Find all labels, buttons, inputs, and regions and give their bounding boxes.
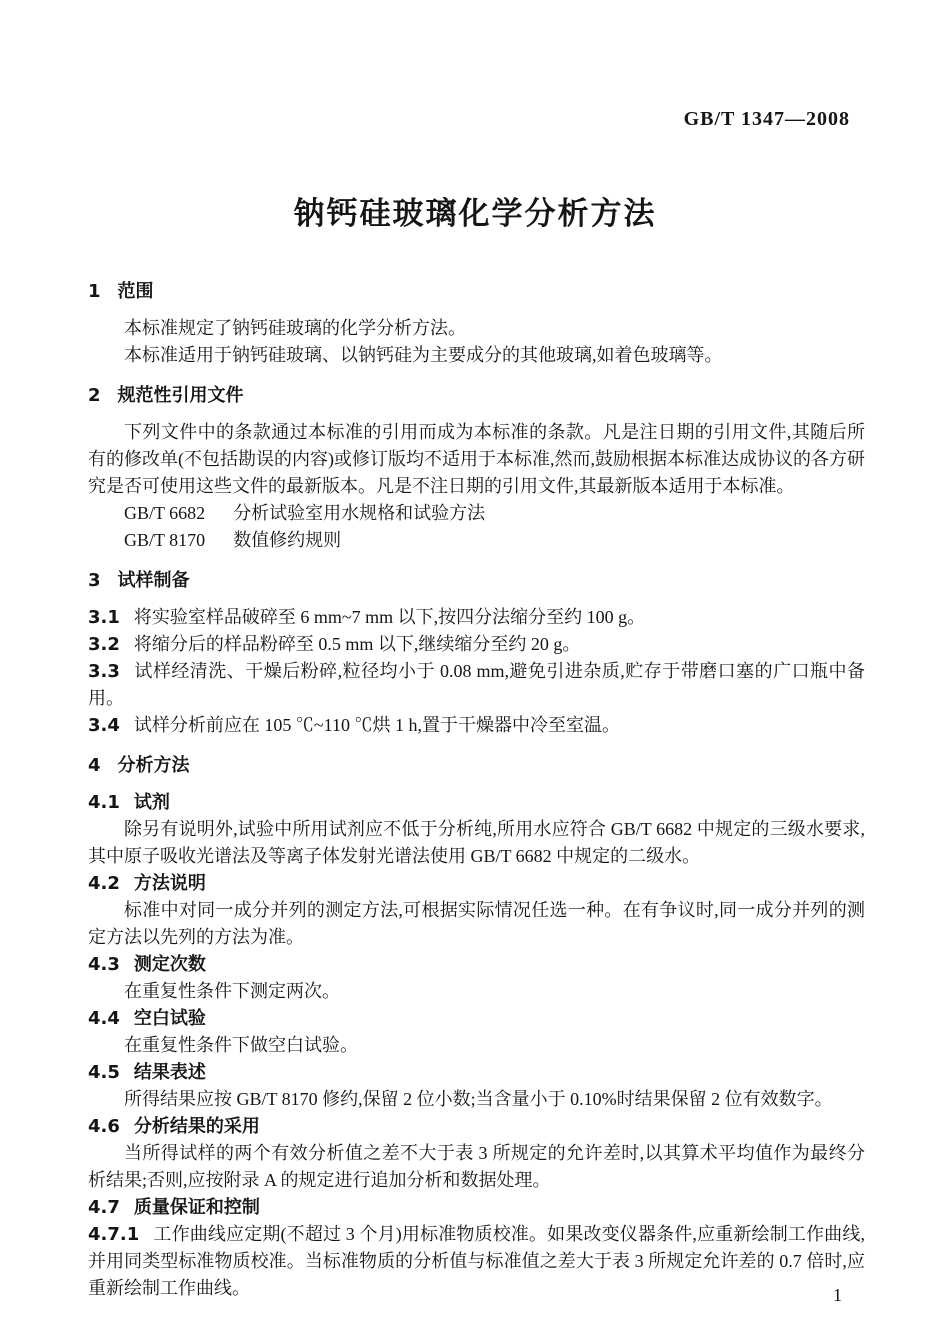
heading-number: 4.5 xyxy=(88,1062,120,1083)
subsection-heading: 4.2方法说明 xyxy=(88,870,865,897)
reference-item: GB/T 6682分析试验室用水规格和试验方法 xyxy=(88,500,865,527)
document-body: 1范围本标准规定了钠钙硅玻璃的化学分析方法。本标准适用于钠钙硅玻璃、以钠钙硅为主… xyxy=(88,265,865,1302)
reference-code: GB/T 6682 xyxy=(124,503,205,523)
clause-text: 试样经清洗、干燥后粉碎,粒径均小于 0.08 mm,避免引进杂质,贮存于带磨口塞… xyxy=(88,661,865,708)
paragraph: 在重复性条件下测定两次。 xyxy=(88,978,865,1005)
section-heading: 3试样制备 xyxy=(88,567,865,594)
heading-title: 结果表述 xyxy=(134,1062,206,1083)
page: GB/T 1347—2008 钠钙硅玻璃化学分析方法 1范围本标准规定了钠钙硅玻… xyxy=(0,0,950,1326)
paragraph: 在重复性条件下做空白试验。 xyxy=(88,1032,865,1059)
clause: 3.2将缩分后的样品粉碎至 0.5 mm 以下,继续缩分至约 20 g。 xyxy=(88,631,865,658)
heading-number: 4 xyxy=(88,755,101,776)
heading-title: 范围 xyxy=(118,281,154,302)
section-heading: 2规范性引用文件 xyxy=(88,382,865,409)
reference-item: GB/T 8170数值修约规则 xyxy=(88,527,865,554)
subsection-heading: 4.7质量保证和控制 xyxy=(88,1194,865,1221)
clause: 3.3试样经清洗、干燥后粉碎,粒径均小于 0.08 mm,避免引进杂质,贮存于带… xyxy=(88,658,865,712)
clause-number: 3.2 xyxy=(88,634,120,655)
paragraph: 标准中对同一成分并列的测定方法,可根据实际情况任选一种。在有争议时,同一成分并列… xyxy=(88,897,865,951)
doc-code: GB/T 1347—2008 xyxy=(684,108,850,131)
heading-number: 4.6 xyxy=(88,1116,120,1137)
heading-number: 4.2 xyxy=(88,873,120,894)
heading-number: 4.4 xyxy=(88,1008,120,1029)
subsection-heading: 4.5结果表述 xyxy=(88,1059,865,1086)
heading-title: 方法说明 xyxy=(134,873,206,894)
heading-title: 试样制备 xyxy=(118,570,190,591)
heading-number: 4.7 xyxy=(88,1197,120,1218)
clause-number: 4.7.1 xyxy=(88,1224,139,1245)
heading-number: 4.1 xyxy=(88,792,120,813)
subsection-heading: 4.6分析结果的采用 xyxy=(88,1113,865,1140)
clause: 3.1将实验室样品破碎至 6 mm~7 mm 以下,按四分法缩分至约 100 g… xyxy=(88,604,865,631)
reference-code: GB/T 8170 xyxy=(124,530,205,550)
heading-title: 试剂 xyxy=(134,792,170,813)
clause-number: 3.3 xyxy=(88,661,120,682)
heading-title: 质量保证和控制 xyxy=(134,1197,260,1218)
paragraph: 除另有说明外,试验中所用试剂应不低于分析纯,所用水应符合 GB/T 6682 中… xyxy=(88,816,865,870)
section-heading: 1范围 xyxy=(88,278,865,305)
clause: 3.4试样分析前应在 105 ℃~110 ℃烘 1 h,置于干燥器中冷至室温。 xyxy=(88,712,865,739)
heading-title: 测定次数 xyxy=(134,954,206,975)
clause-number: 3.4 xyxy=(88,715,120,736)
paragraph: 所得结果应按 GB/T 8170 修约,保留 2 位小数;当含量小于 0.10%… xyxy=(88,1086,865,1113)
paragraph: 当所得试样的两个有效分析值之差不大于表 3 所规定的允许差时,以其算术平均值作为… xyxy=(88,1140,865,1194)
heading-title: 规范性引用文件 xyxy=(118,385,244,406)
heading-number: 2 xyxy=(88,385,101,406)
heading-title: 分析结果的采用 xyxy=(134,1116,260,1137)
clause-number: 3.1 xyxy=(88,607,120,628)
heading-number: 1 xyxy=(88,281,101,302)
subsection-heading: 4.4空白试验 xyxy=(88,1005,865,1032)
clause-text: 试样分析前应在 105 ℃~110 ℃烘 1 h,置于干燥器中冷至室温。 xyxy=(134,715,620,735)
reference-title: 数值修约规则 xyxy=(233,530,341,550)
doc-title: 钠钙硅玻璃化学分析方法 xyxy=(0,188,950,233)
page-number: 1 xyxy=(833,1285,842,1306)
heading-number: 4.3 xyxy=(88,954,120,975)
heading-title: 空白试验 xyxy=(134,1008,206,1029)
heading-title: 分析方法 xyxy=(118,755,190,776)
clause-text: 将实验室样品破碎至 6 mm~7 mm 以下,按四分法缩分至约 100 g。 xyxy=(134,607,645,627)
reference-title: 分析试验室用水规格和试验方法 xyxy=(233,503,485,523)
heading-number: 3 xyxy=(88,570,101,591)
paragraph: 本标准适用于钠钙硅玻璃、以钠钙硅为主要成分的其他玻璃,如着色玻璃等。 xyxy=(88,342,865,369)
clause-text: 工作曲线应定期(不超过 3 个月)用标准物质校准。如果改变仪器条件,应重新绘制工… xyxy=(88,1224,865,1298)
paragraph: 本标准规定了钠钙硅玻璃的化学分析方法。 xyxy=(88,315,865,342)
clause-text: 将缩分后的样品粉碎至 0.5 mm 以下,继续缩分至约 20 g。 xyxy=(134,634,581,654)
subsection-heading: 4.3测定次数 xyxy=(88,951,865,978)
clause: 4.7.1工作曲线应定期(不超过 3 个月)用标准物质校准。如果改变仪器条件,应… xyxy=(88,1221,865,1302)
paragraph: 下列文件中的条款通过本标准的引用而成为本标准的条款。凡是注日期的引用文件,其随后… xyxy=(88,419,865,500)
section-heading: 4分析方法 xyxy=(88,752,865,779)
subsection-heading: 4.1试剂 xyxy=(88,789,865,816)
